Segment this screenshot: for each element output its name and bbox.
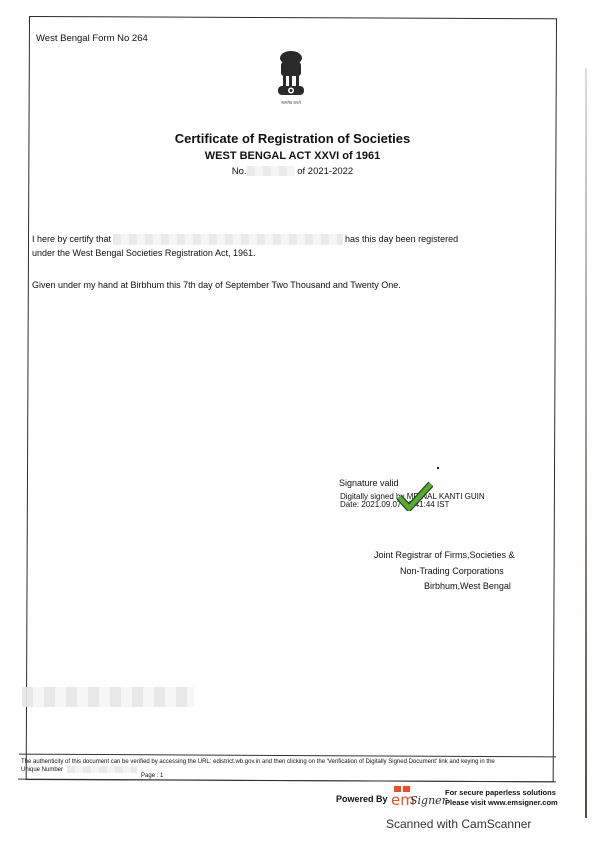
- number-suffix: of 2021-2022: [297, 166, 353, 177]
- registration-number-line: No. of 2021-2022: [0, 166, 585, 177]
- logo-signer: Signer: [410, 794, 447, 807]
- signature-mark: [437, 467, 439, 469]
- certify-suffix: has this day been registered: [345, 234, 458, 244]
- signature-valid-check-icon: [397, 481, 433, 511]
- act-reference-line: under the West Bengal Societies Registra…: [32, 248, 255, 258]
- verification-note: The authenticity of this document can be…: [21, 759, 556, 765]
- svg-text:सत्यमेव जयते: सत्यमेव जयते: [281, 100, 301, 105]
- national-emblem-icon: सत्यमेव जयते: [273, 48, 309, 108]
- registrar-department: Non-Trading Corporations: [400, 566, 504, 576]
- signature-status: Signature valid: [339, 478, 399, 488]
- number-prefix: No.: [232, 166, 247, 177]
- unique-number-line: Unique Number: [21, 766, 137, 773]
- certificate-title: Certificate of Registration of Societies: [0, 131, 585, 146]
- emsigner-tagline: For secure paperless solutions: [445, 788, 556, 797]
- camscanner-watermark: Scanned with CamScanner: [386, 817, 531, 831]
- certify-prefix: I here by certify that: [32, 234, 111, 244]
- redacted-society-name: [113, 234, 343, 245]
- emsigner-logo-icon: em Signer: [391, 786, 441, 810]
- redacted-registration-number: [247, 166, 295, 176]
- registrar-location: Birbhum,West Bengal: [424, 581, 511, 591]
- registrar-title: Joint Registrar of Firms,Societies &: [374, 550, 515, 560]
- emsigner-website: Please visit www.emsigner.com: [445, 798, 558, 807]
- page-edge-shadow: [585, 68, 587, 818]
- given-under-line: Given under my hand at Birbhum this 7th …: [32, 280, 401, 290]
- page-number: Page : 1: [141, 773, 163, 779]
- act-subtitle: WEST BENGAL ACT XXVI of 1961: [0, 150, 585, 162]
- form-number: West Bengal Form No 264: [36, 33, 148, 44]
- redacted-bottom-block: [22, 687, 194, 707]
- certify-line: I here by certify thathas this day been …: [32, 234, 562, 245]
- redacted-unique-number: [67, 766, 137, 773]
- unique-number-label: Unique Number: [21, 767, 63, 773]
- signature-date: Date: 2021.09.07 16:41:44 IST: [340, 500, 449, 509]
- powered-by-label: Powered By: [336, 794, 388, 804]
